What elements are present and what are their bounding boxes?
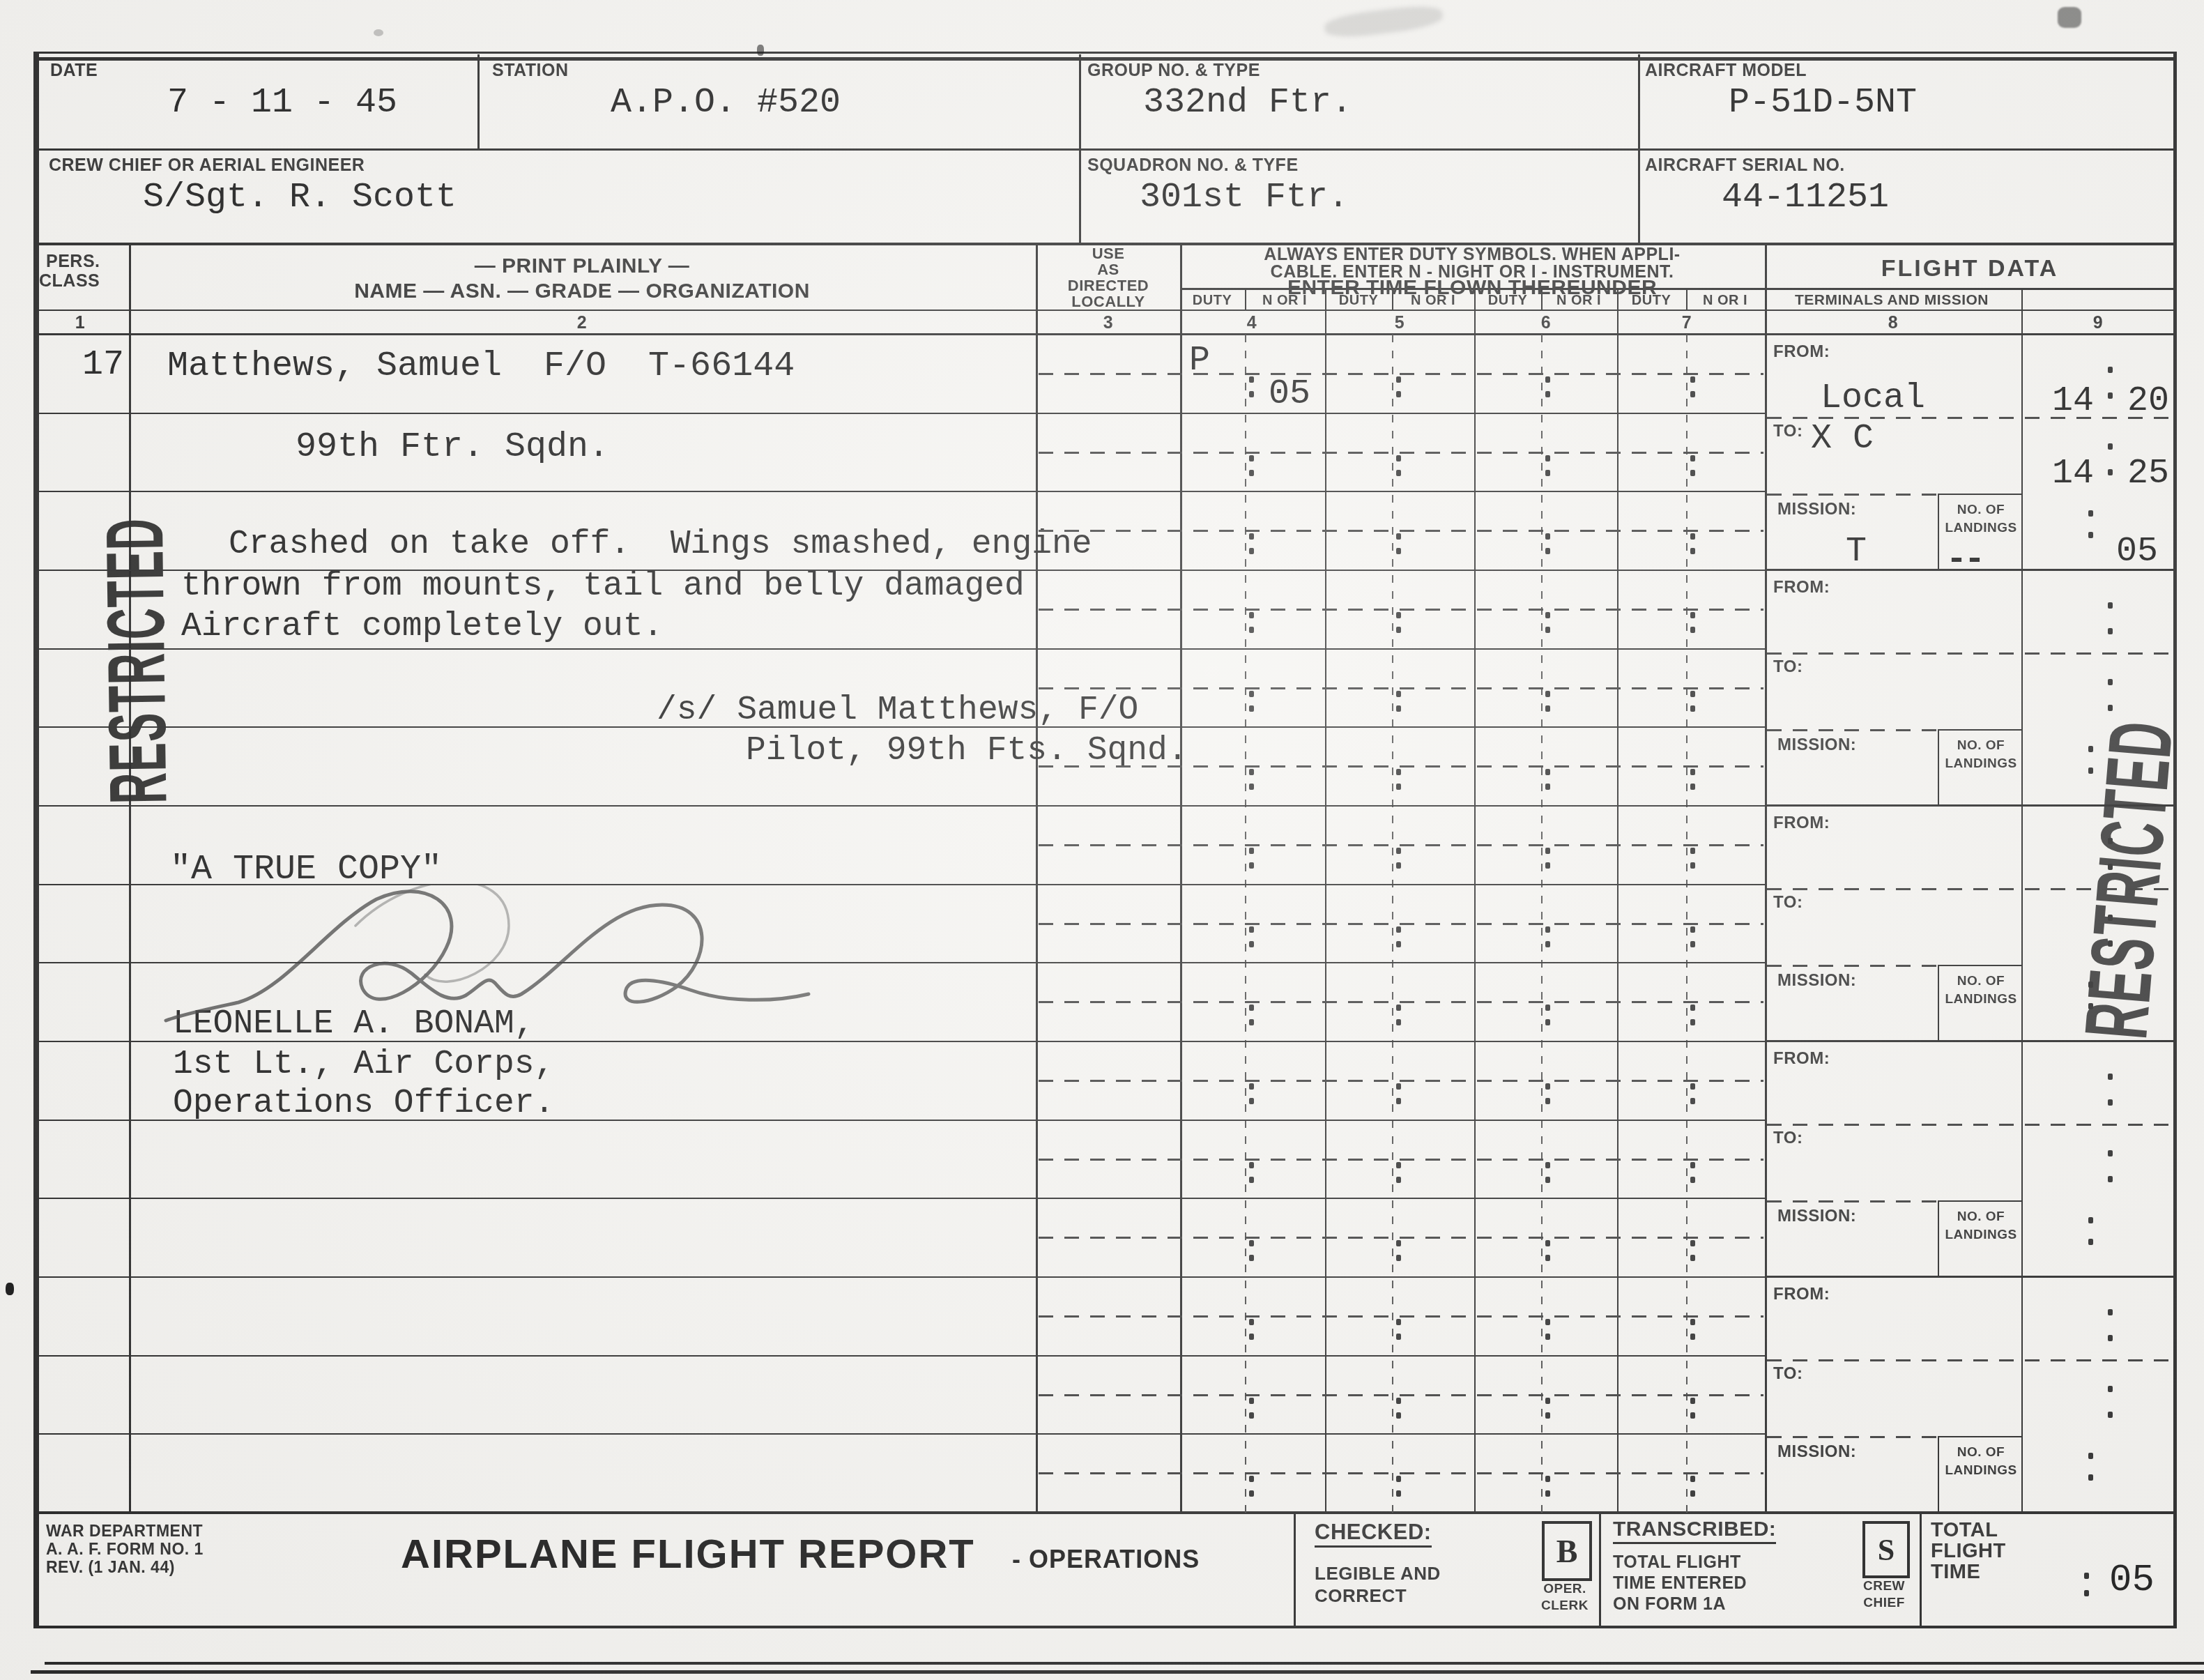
duty-colon-guide <box>1249 691 1255 712</box>
mission-label: MISSION: <box>1777 1443 1856 1460</box>
colon-dot <box>1249 926 1254 933</box>
flight-block-line <box>1767 1040 2175 1042</box>
flight-from-to-dash <box>1767 1359 2175 1361</box>
colon-dot <box>1249 1319 1254 1325</box>
colon-dot <box>1545 1255 1550 1261</box>
duty-colon-guide <box>1249 612 1255 633</box>
colon-dot <box>1545 1240 1550 1246</box>
colon-dot <box>1249 391 1254 397</box>
duty-row-dash <box>1039 452 1763 454</box>
duty-colon-guide <box>1690 691 1696 712</box>
colon-dot <box>1249 627 1254 633</box>
colon-dot <box>2084 1573 2089 1579</box>
colon-dot <box>2088 768 2093 774</box>
body-row-line <box>38 1276 1765 1278</box>
duty-row-dash <box>1039 609 1763 611</box>
colon-dot <box>1249 1334 1254 1340</box>
from-label: FROM: <box>1773 1285 1830 1303</box>
colon-dot <box>1396 1319 1401 1325</box>
to-label: TO: <box>1773 894 1803 911</box>
colon-dot <box>1249 533 1254 540</box>
duty-row-dash <box>1039 687 1763 689</box>
duty-colon-guide <box>1690 376 1696 397</box>
flight-to-mission-dash <box>1767 729 1938 731</box>
duty-row-dash <box>1039 1080 1763 1082</box>
flight-time-colon <box>2108 1150 2113 1182</box>
colon-dot <box>2088 510 2093 517</box>
duty-colon-guide <box>1396 1398 1402 1419</box>
colon-dot <box>1396 691 1401 697</box>
duty-colon-guide <box>1690 1476 1696 1497</box>
colon-dot <box>1545 705 1550 712</box>
duty-colon-guide <box>1690 1398 1696 1419</box>
duty-colon-guide <box>1396 1476 1402 1497</box>
flight-to-value: X C <box>1811 421 1874 458</box>
colon-dot <box>1396 391 1401 397</box>
duty-colon-guide <box>1690 612 1696 633</box>
colon-dot <box>2108 1099 2113 1106</box>
colon-dot <box>1249 1476 1254 1482</box>
colon-dot <box>1690 848 1695 854</box>
colon-dot <box>1545 1476 1550 1482</box>
mission-label: MISSION: <box>1777 736 1856 754</box>
colon-dot <box>2088 1003 2093 1009</box>
duty-row-dash <box>1039 1394 1763 1396</box>
colon-dot <box>2108 1386 2113 1392</box>
colon-dot <box>1396 1334 1401 1340</box>
colon-dot <box>2088 532 2093 538</box>
colon-dot <box>1396 1177 1401 1183</box>
duty-colon-guide <box>1396 1240 1402 1261</box>
colon-dot <box>1396 533 1401 540</box>
duty-colon-guide <box>1545 1162 1551 1183</box>
colon-dot <box>1690 612 1695 618</box>
flight-time-from-m: 20 <box>2127 383 2169 420</box>
landings-label-2: LANDINGS <box>1945 993 2016 1007</box>
colon-dot <box>1396 1476 1401 1482</box>
body-row-line <box>38 962 1765 963</box>
colon-dot <box>1249 1240 1254 1246</box>
colon-dot <box>1690 784 1695 790</box>
duty-colon-guide <box>1249 1162 1255 1183</box>
duty-colon-guide <box>1249 848 1255 869</box>
landings-label-2: LANDINGS <box>1945 757 2016 771</box>
flight-time-colon <box>2108 1074 2113 1106</box>
duty-colon-guide <box>1690 1240 1696 1261</box>
landings-label-2: LANDINGS <box>1945 1228 2016 1242</box>
landings-label-1: NO. OF <box>1957 1210 2005 1224</box>
duty-row-dash <box>1039 530 1763 532</box>
duty-colon-guide <box>1545 1083 1551 1104</box>
body-grid: FROM:TO:MISSION:NO. OFLANDINGSLocalX CT-… <box>0 0 2204 1680</box>
colon-dot <box>1690 862 1695 869</box>
flight-to-mission-dash <box>1767 965 1938 967</box>
duty-colon-guide <box>1249 1240 1255 1261</box>
landings-box-left <box>1938 965 1939 1041</box>
duty-colon-guide <box>1545 1240 1551 1261</box>
duty-row-dash <box>1039 1001 1763 1003</box>
colon-dot <box>1545 391 1550 397</box>
colon-dot <box>1249 705 1254 712</box>
duty-colon-guide <box>1690 1005 1696 1025</box>
flight-time-colon <box>2108 838 2113 870</box>
duty-colon-guide <box>1396 691 1402 712</box>
body-row-line <box>38 884 1765 885</box>
colon-dot <box>1396 862 1401 869</box>
colon-dot <box>1545 784 1550 790</box>
colon-dot <box>1249 1005 1254 1011</box>
mission-label: MISSION: <box>1777 501 1856 518</box>
from-label: FROM: <box>1773 1050 1830 1067</box>
colon-dot <box>1545 612 1550 618</box>
duty-colon-guide <box>1690 926 1696 947</box>
colon-dot <box>1690 1490 1695 1497</box>
landings-label-2: LANDINGS <box>1945 1464 2016 1478</box>
colon-dot <box>1690 1255 1695 1261</box>
duty-colon-guide <box>1249 1398 1255 1419</box>
duty-row-dash <box>1039 373 1763 375</box>
duty-colon-guide <box>1545 1005 1551 1025</box>
duty-colon-guide <box>1545 533 1551 554</box>
colon-dot <box>2108 940 2113 947</box>
from-label: FROM: <box>1773 814 1830 832</box>
colon-dot <box>2108 679 2113 685</box>
duty-row-dash <box>1039 1315 1763 1318</box>
flight-from-to-dash <box>1767 1124 2175 1126</box>
colon-dot <box>1396 1005 1401 1011</box>
colon-dot <box>1690 769 1695 775</box>
colon-dot <box>1396 705 1401 712</box>
flight-from-to-dash <box>1767 652 2175 655</box>
colon-dot <box>2088 746 2093 752</box>
colon-dot <box>1545 1098 1550 1104</box>
colon-dot <box>1690 548 1695 554</box>
colon-dot <box>1690 941 1695 947</box>
colon-dot <box>1249 612 1254 618</box>
flight-block-line <box>1767 1276 2175 1278</box>
colon-dot <box>1545 926 1550 933</box>
total-time-colon <box>2084 1573 2090 1596</box>
colon-dot <box>1545 941 1550 947</box>
colon-dot <box>1545 1177 1550 1183</box>
flight-mission-time: 05 <box>2116 534 2158 571</box>
flight-time-to-m: 25 <box>2127 456 2169 493</box>
colon-dot <box>1396 1240 1401 1246</box>
colon-dot <box>1396 455 1401 461</box>
to-label: TO: <box>1773 1365 1803 1382</box>
colon-dot <box>1396 612 1401 618</box>
colon-dot <box>1690 1412 1695 1419</box>
colon-dot <box>1690 1177 1695 1183</box>
colon-dot <box>1249 1162 1254 1168</box>
colon-dot <box>1690 1019 1695 1025</box>
colon-dot <box>1545 848 1550 854</box>
colon-dot <box>2108 1150 2113 1156</box>
colon-dot <box>1249 1019 1254 1025</box>
colon-dot <box>2108 1074 2113 1080</box>
duty-colon-guide <box>1396 612 1402 633</box>
landings-box-top <box>1938 729 2021 731</box>
to-label: TO: <box>1773 422 1803 440</box>
duty-colon-guide <box>1249 1319 1255 1340</box>
flight-time-colon <box>2108 915 2113 947</box>
landings-label-1: NO. OF <box>1957 503 2005 517</box>
from-label: FROM: <box>1773 579 1830 596</box>
duty-colon-guide <box>1545 769 1551 790</box>
landings-box-left <box>1938 729 1939 806</box>
colon-dot <box>1690 1005 1695 1011</box>
colon-dot <box>1545 1005 1550 1011</box>
duty-colon-guide <box>1690 1319 1696 1340</box>
colon-dot <box>1690 455 1695 461</box>
colon-dot <box>1249 784 1254 790</box>
body-row-line <box>38 726 1765 728</box>
colon-dot <box>1396 548 1401 554</box>
duty-row-dash <box>1039 765 1763 768</box>
body-row-line <box>38 1120 1765 1121</box>
colon-dot <box>1396 941 1401 947</box>
to-label: TO: <box>1773 1129 1803 1147</box>
duty-colon-guide <box>1690 769 1696 790</box>
body-row-line <box>38 1198 1765 1199</box>
flight-time-to-h: 14 <box>2049 456 2094 493</box>
colon-dot <box>1545 769 1550 775</box>
colon-dot <box>1545 470 1550 476</box>
duty-colon-guide <box>1545 926 1551 947</box>
colon-dot <box>2088 1217 2093 1223</box>
colon-dot <box>1249 769 1254 775</box>
flight-from-value: Local <box>1821 381 1925 418</box>
colon-dot <box>1545 455 1550 461</box>
colon-dot <box>1249 1083 1254 1090</box>
colon-dot <box>2108 1176 2113 1182</box>
body-row-line <box>38 1041 1765 1042</box>
landings-box-top <box>1938 494 2021 495</box>
colon-dot <box>2108 628 2113 634</box>
colon-dot <box>1249 1412 1254 1419</box>
colon-dot <box>1690 1334 1695 1340</box>
duty-colon-guide <box>1545 376 1551 397</box>
duty-colon-guide <box>1249 455 1255 476</box>
flight-time-colon <box>2108 602 2113 634</box>
flight-time-colon <box>2108 1386 2113 1418</box>
colon-dot <box>2108 1412 2113 1418</box>
duty-colon-guide <box>1249 376 1255 397</box>
flight-report-form: DATE 7 - 11 - 45 STATION A.P.O. #520 GRO… <box>0 0 2204 1680</box>
colon-dot <box>1396 926 1401 933</box>
mission-label: MISSION: <box>1777 1207 1856 1225</box>
colon-dot <box>1249 691 1254 697</box>
landings-box-top <box>1938 965 2021 966</box>
body-row-line <box>38 570 1765 571</box>
colon-dot <box>1249 1177 1254 1183</box>
duty-colon-guide <box>1396 533 1402 554</box>
duty-colon-guide <box>1396 1005 1402 1025</box>
duty-colon-guide <box>1545 1398 1551 1419</box>
colon-dot <box>2108 1309 2113 1315</box>
duty-colon-guide <box>1396 1083 1402 1104</box>
colon-dot <box>1690 533 1695 540</box>
duty-colon-guide <box>1396 455 1402 476</box>
colon-dot <box>1545 862 1550 869</box>
colon-dot <box>1690 627 1695 633</box>
landings-box-top <box>1938 1436 2021 1437</box>
duty-colon-guide <box>1249 926 1255 947</box>
colon-dot <box>2108 469 2113 475</box>
body-row-line <box>38 413 1765 414</box>
colon-dot <box>2108 1335 2113 1341</box>
colon-dot <box>2088 1453 2093 1459</box>
duty-colon-guide <box>1396 848 1402 869</box>
colon-dot <box>1249 862 1254 869</box>
flight-to-mission-dash <box>1767 1200 1938 1202</box>
colon-dot <box>1690 376 1695 383</box>
colon-dot <box>1396 470 1401 476</box>
colon-dot <box>2108 838 2113 844</box>
colon-dot <box>1545 376 1550 383</box>
colon-dot <box>1396 1490 1401 1497</box>
flight-to-mission-dash <box>1767 1436 1938 1438</box>
landings-box-left <box>1938 1200 1939 1277</box>
body-row-line <box>38 1355 1765 1357</box>
flight-mission-colon <box>2088 1217 2094 1245</box>
flight-landings-value: -- <box>1946 542 1982 579</box>
duty-colon-guide <box>1249 1083 1255 1104</box>
colon-dot <box>2088 1474 2093 1481</box>
duty-colon-guide <box>1545 1319 1551 1340</box>
flight-block-line <box>1767 804 2175 807</box>
mission-label: MISSION: <box>1777 972 1856 989</box>
colon-dot <box>1249 376 1254 383</box>
flight-time-colon <box>2108 443 2113 475</box>
duty-row-dash <box>1039 1159 1763 1161</box>
landings-box-left <box>1938 494 1939 570</box>
colon-dot <box>1249 455 1254 461</box>
flight-time-colon <box>2108 679 2113 711</box>
colon-dot <box>1249 1398 1254 1404</box>
colon-dot <box>1396 1083 1401 1090</box>
duty-colon-guide <box>1249 769 1255 790</box>
colon-dot <box>1690 1319 1695 1325</box>
colon-dot <box>1396 1398 1401 1404</box>
colon-dot <box>1545 1083 1550 1090</box>
colon-dot <box>2108 367 2113 373</box>
colon-dot <box>1545 1019 1550 1025</box>
colon-dot <box>1690 1083 1695 1090</box>
duty-colon-guide <box>1545 612 1551 633</box>
duty-colon-guide <box>1690 1083 1696 1104</box>
landings-box-top <box>1938 1200 2021 1202</box>
to-label: TO: <box>1773 658 1803 675</box>
colon-dot <box>2084 1590 2089 1596</box>
colon-dot <box>1396 769 1401 775</box>
colon-dot <box>1690 470 1695 476</box>
colon-dot <box>1545 691 1550 697</box>
body-row-line <box>38 1433 1765 1435</box>
colon-dot <box>1690 705 1695 712</box>
duty-colon-guide <box>1396 1319 1402 1340</box>
duty-row-dash <box>1039 1472 1763 1474</box>
duty-row-dash <box>1039 923 1763 925</box>
duty-colon-guide <box>1396 926 1402 947</box>
body-row-line <box>38 648 1765 650</box>
landings-label-2: LANDINGS <box>1945 521 2016 535</box>
colon-dot <box>2108 392 2113 399</box>
colon-dot <box>1690 691 1695 697</box>
duty-colon-guide <box>1545 848 1551 869</box>
flight-mission-colon <box>2088 510 2094 538</box>
colon-dot <box>1249 1098 1254 1104</box>
duty-colon-guide <box>1396 1162 1402 1183</box>
colon-dot <box>1690 926 1695 933</box>
colon-dot <box>1396 1162 1401 1168</box>
duty-colon-guide <box>1545 691 1551 712</box>
body-row-line <box>38 491 1765 492</box>
colon-dot <box>1396 784 1401 790</box>
colon-dot <box>1545 1319 1550 1325</box>
colon-dot <box>1396 1255 1401 1261</box>
colon-dot <box>1690 1098 1695 1104</box>
colon-dot <box>1545 1334 1550 1340</box>
duty-colon-guide <box>1396 376 1402 397</box>
flight-from-to-dash <box>1767 888 2175 890</box>
colon-dot <box>1249 470 1254 476</box>
colon-dot <box>2108 705 2113 711</box>
colon-dot <box>2108 602 2113 609</box>
duty-colon-guide <box>1249 533 1255 554</box>
colon-dot <box>2108 915 2113 921</box>
colon-dot <box>1249 1490 1254 1497</box>
duty-colon-guide <box>1396 769 1402 790</box>
colon-dot <box>1545 627 1550 633</box>
colon-dot <box>1396 1019 1401 1025</box>
landings-label-1: NO. OF <box>1957 739 2005 753</box>
colon-dot <box>1690 1162 1695 1168</box>
colon-dot <box>1690 1476 1695 1482</box>
duty-colon-guide <box>1545 455 1551 476</box>
colon-dot <box>1396 848 1401 854</box>
flight-mission-colon <box>2088 1453 2094 1481</box>
colon-dot <box>2108 864 2113 870</box>
duty-colon-guide <box>1690 848 1696 869</box>
colon-dot <box>1249 848 1254 854</box>
flight-block-line <box>1767 1511 2175 1513</box>
colon-dot <box>1545 1398 1550 1404</box>
colon-dot <box>1690 1398 1695 1404</box>
colon-dot <box>1545 1412 1550 1419</box>
colon-dot <box>1249 941 1254 947</box>
landings-box-left <box>1938 1436 1939 1513</box>
flight-time-colon <box>2108 367 2113 399</box>
colon-dot <box>1545 1490 1550 1497</box>
body-row-line <box>38 805 1765 807</box>
colon-dot <box>1396 1412 1401 1419</box>
colon-dot <box>1690 1240 1695 1246</box>
flight-mission-colon <box>2088 746 2094 774</box>
duty-colon-guide <box>1249 1005 1255 1025</box>
flight-mission-value: T <box>1846 534 1867 571</box>
duty-colon-guide <box>1690 455 1696 476</box>
duty-row-dash <box>1039 844 1763 846</box>
from-label: FROM: <box>1773 343 1830 360</box>
colon-dot <box>1396 627 1401 633</box>
colon-dot <box>1249 548 1254 554</box>
duty-row-dash <box>1039 1237 1763 1239</box>
landings-label-1: NO. OF <box>1957 975 2005 988</box>
duty-colon-guide <box>1690 1162 1696 1183</box>
duty-colon-guide <box>1545 1476 1551 1497</box>
colon-dot <box>1545 548 1550 554</box>
